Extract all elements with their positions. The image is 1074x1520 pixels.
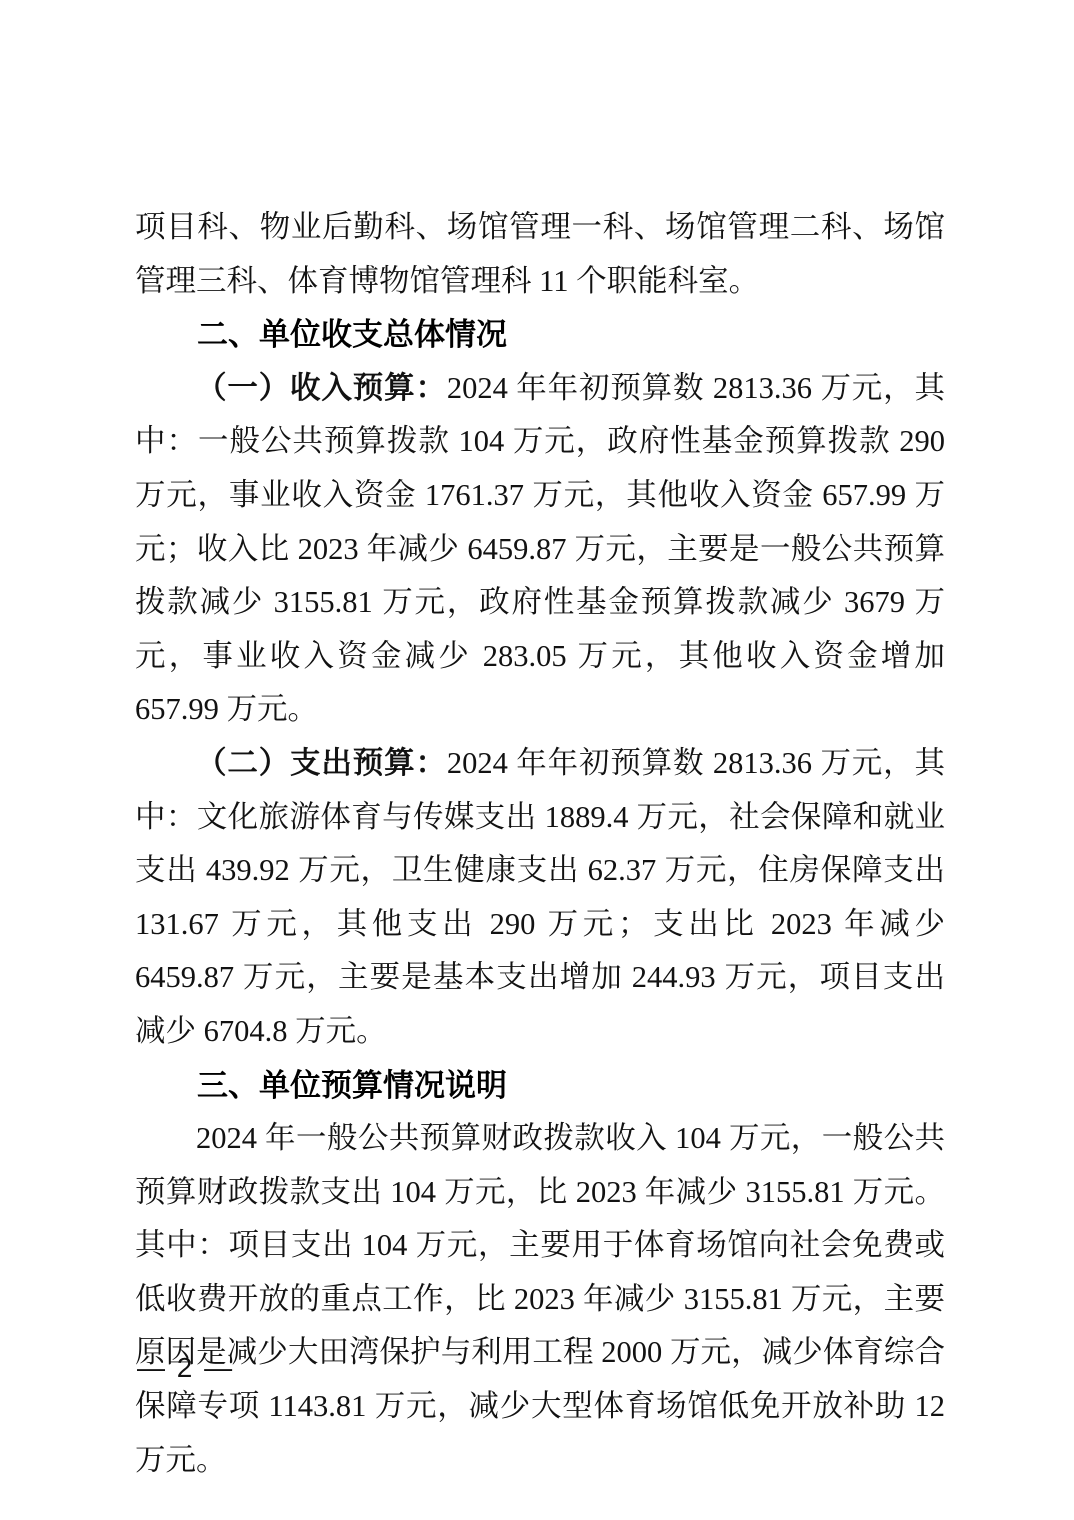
income-budget-text: 2024 年年初预算数 2813.36 万元，其中：一般公共预算拨款 104 万…: [135, 371, 945, 727]
paragraph-income-budget: （一）收入预算：2024 年年初预算数 2813.36 万元，其中：一般公共预算…: [135, 362, 945, 737]
expense-budget-text: 2024 年年初预算数 2813.36 万元，其中：文化旅游体育与传媒支出 18…: [135, 746, 945, 1048]
expense-budget-lead: （二）支出预算：: [196, 746, 447, 780]
section-heading-overview: 二、单位收支总体情况: [135, 308, 945, 362]
paragraph-expense-budget: （二）支出预算：2024 年年初预算数 2813.36 万元，其中：文化旅游体育…: [135, 737, 945, 1059]
page-number: — 2 —: [137, 1352, 234, 1384]
page-body: 项目科、物业后勤科、场馆管理一科、场馆管理二科、场馆管理三科、体育博物馆管理科 …: [135, 201, 945, 1487]
paragraph-functional-offices: 项目科、物业后勤科、场馆管理一科、场馆管理二科、场馆管理三科、体育博物馆管理科 …: [135, 201, 945, 308]
document-page: 项目科、物业后勤科、场馆管理一科、场馆管理二科、场馆管理三科、体育博物馆管理科 …: [0, 0, 1074, 1520]
section-heading-budget-notes: 三、单位预算情况说明: [135, 1059, 945, 1113]
income-budget-lead: （一）收入预算：: [196, 371, 447, 405]
paragraph-budget-notes: 2024 年一般公共预算财政拨款收入 104 万元，一般公共预算财政拨款支出 1…: [135, 1112, 945, 1487]
